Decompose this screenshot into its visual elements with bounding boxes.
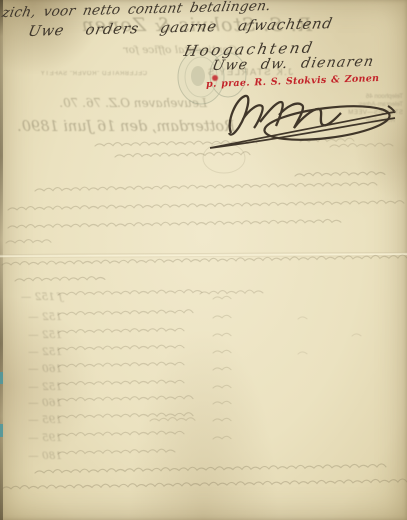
scanned-letter-page: R. S. Stokvis & ZonenContinental office … xyxy=(0,0,407,520)
signature-svg xyxy=(0,0,407,520)
signature-flourish xyxy=(210,96,395,148)
